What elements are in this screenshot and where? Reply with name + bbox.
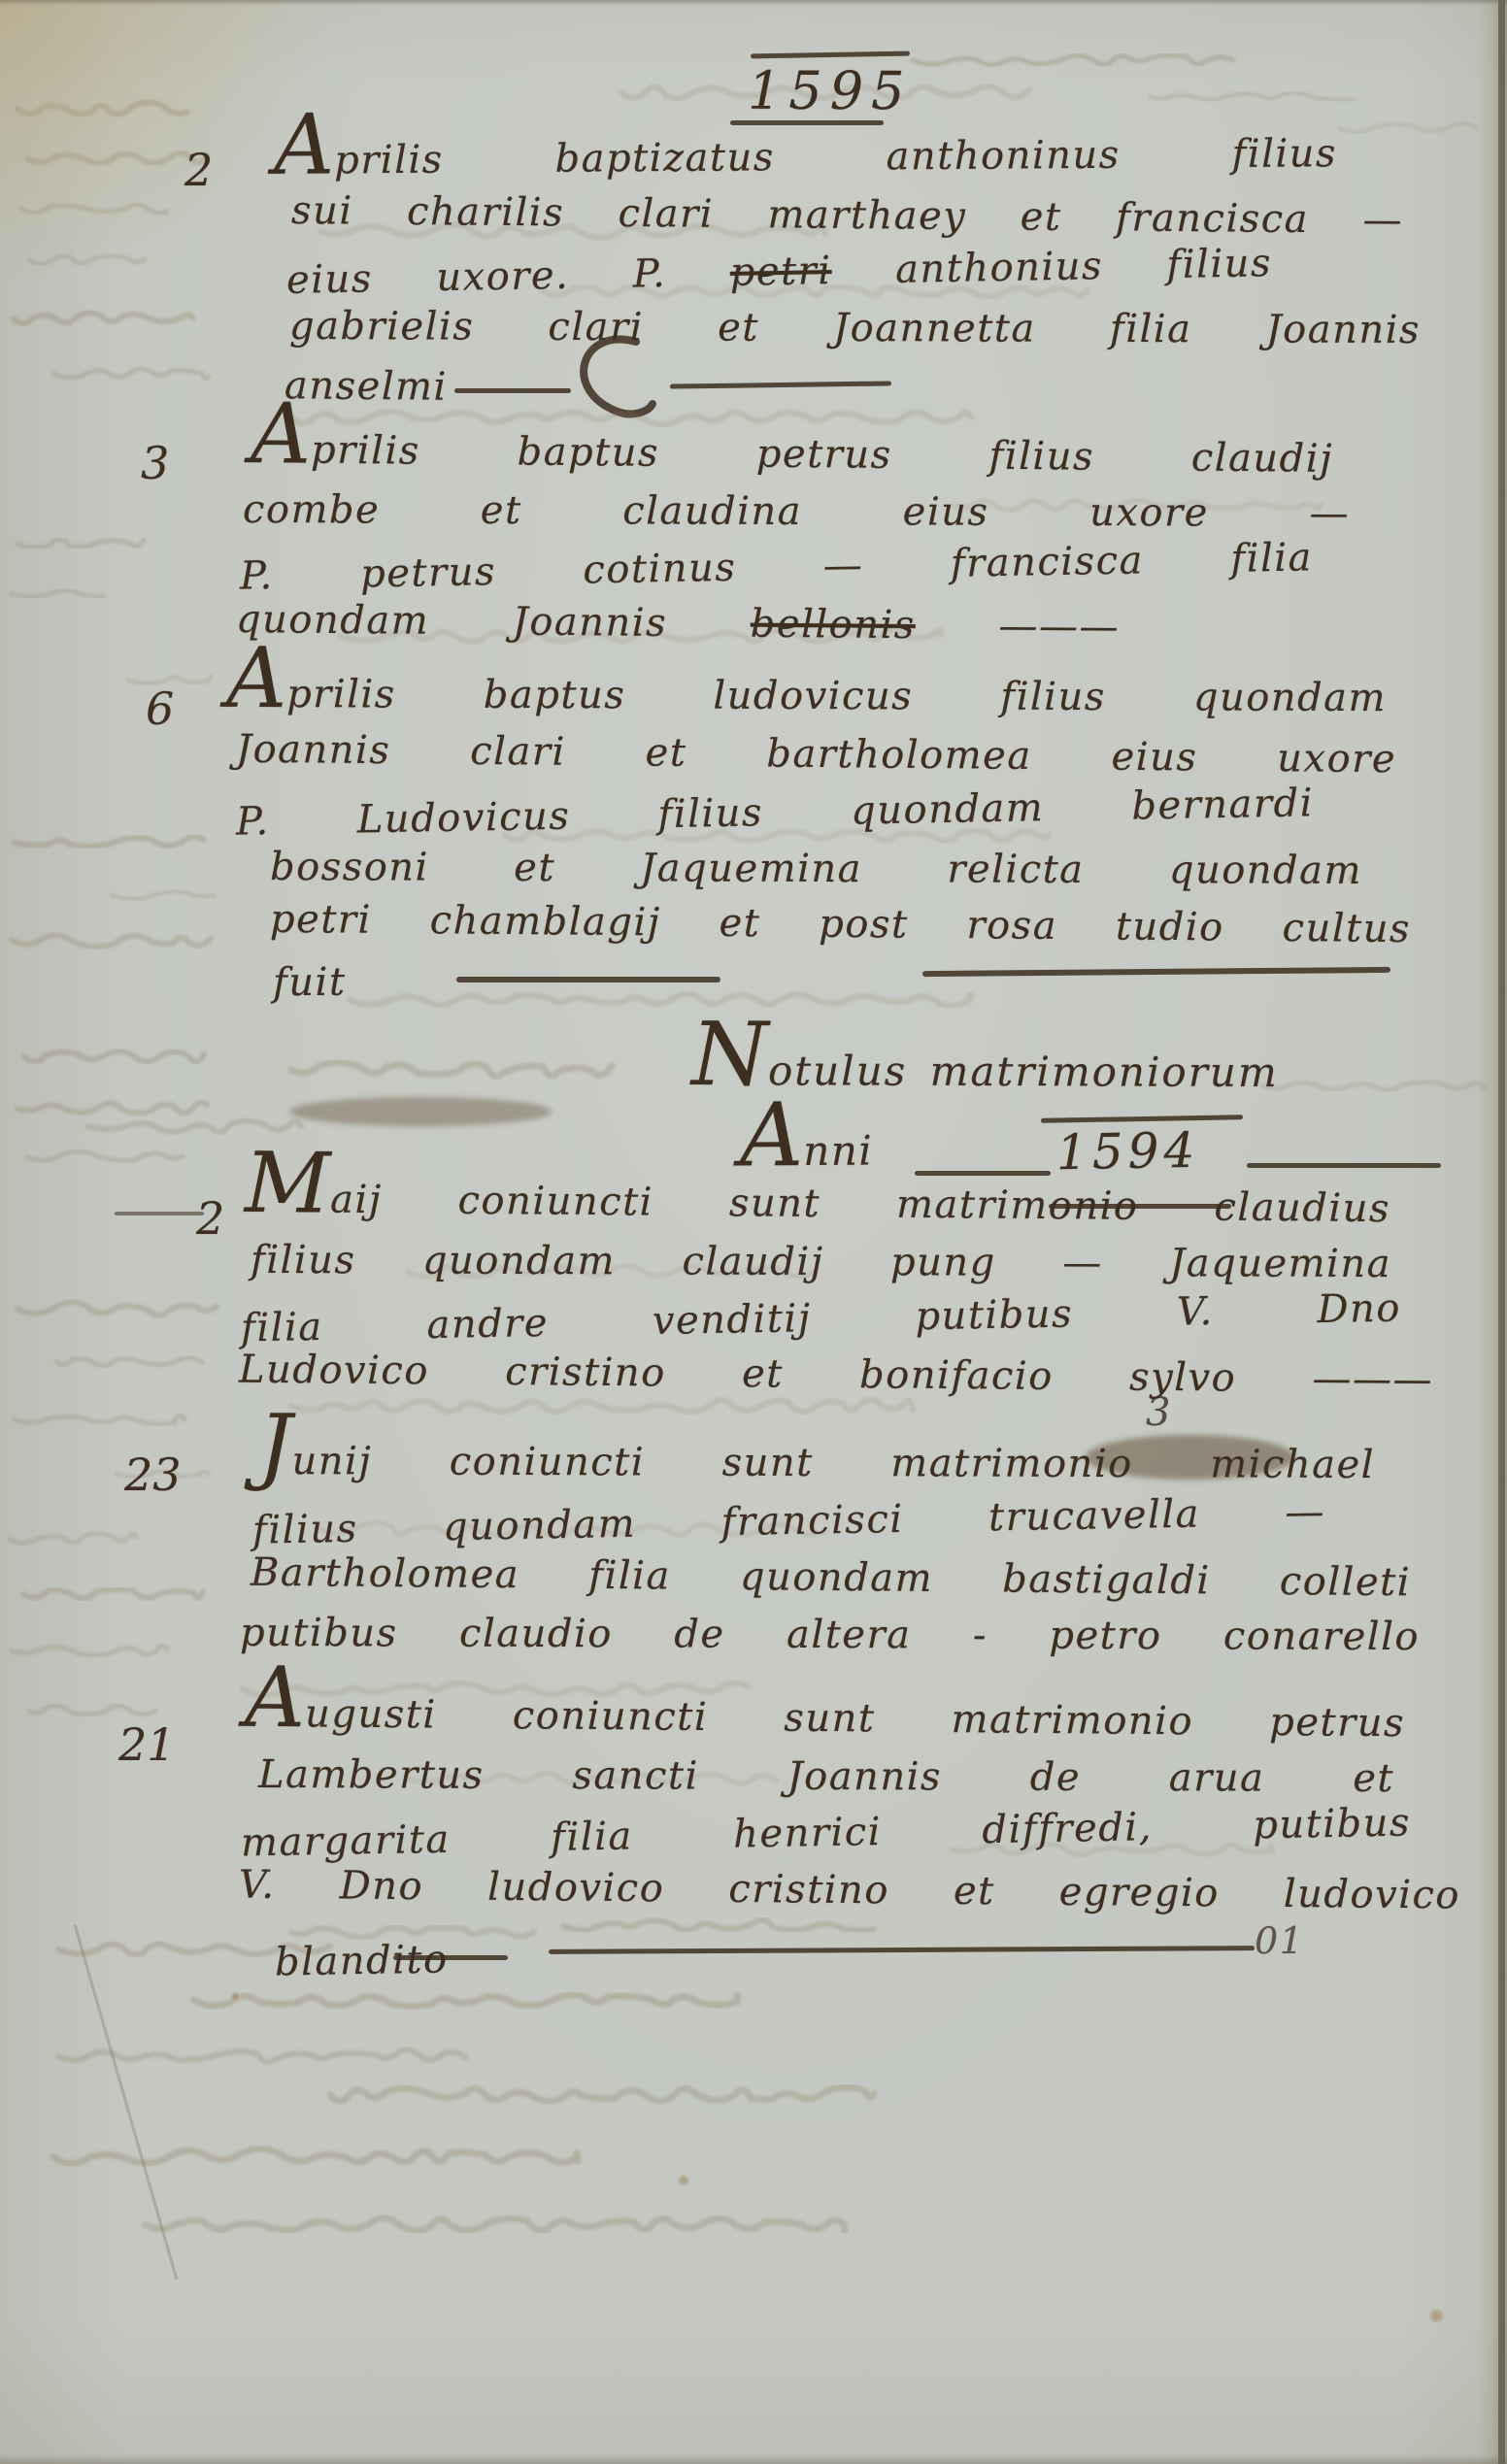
matrimony-anni-year: 1594 [1056,1123,1200,1181]
baptism-entry-2-line-2: combe et claudina eius uxore — [243,488,1350,536]
book-edge-line [1498,0,1505,2464]
baptism-entry-2-line-1: Aprilis baptus petrus filius claudij [251,428,1333,482]
struck-word: petri [729,249,832,295]
line-text: anthonius filius [831,241,1272,293]
bleedthrough-ink-layer [0,0,1507,2464]
line-text: ——— [916,603,1121,649]
baptism-entry-1-margin-number: 2 [184,144,213,196]
heading-underline [730,120,884,125]
line-text: eius uxore. P. [286,250,731,303]
baptism-entry-1-line-1: Aprilis baptizatus anthoninus filius [274,132,1337,183]
marriage-entry-1-line-2: filius quondam claudij pung — Jaquemina [251,1239,1391,1286]
foxing-spot [678,2175,689,2186]
anni-dash [915,1171,1051,1176]
ink-smudge [289,1097,552,1126]
margin-dash [115,1212,204,1215]
anni-dash [1247,1163,1441,1168]
paraph-flourish [584,340,653,415]
line-text: quondam Joannis [236,597,751,647]
baptism-entry-1-line-4: gabrielis clari et Joannetta filia Joann… [289,305,1421,352]
year-heading: 1595 [748,62,913,121]
matrimony-anni-label: Anni [740,1128,874,1175]
struck-word: bellonis [751,602,916,648]
marriage-entry-3-margin-number: 21 [118,1718,176,1771]
baptism-entry-3-line-1: Aprilis baptus ludovicus filius quondam [226,673,1387,720]
baptism-entry-3-margin-number: 6 [146,683,174,735]
bottom-right-number: 01 [1255,1920,1305,1962]
marriage-entry-2-line-1: Junij coniuncti sunt matrimonio michael [258,1440,1375,1487]
marriage-entry-2-margin-number: 23 [124,1448,182,1501]
entry-end-dash [393,1955,508,1960]
baptism-entry-2-line-4: quondam Joannis bellonis ——— [236,598,1120,649]
baptism-entry-2-margin-number: 3 [141,437,169,489]
marriage-entry-3-line-2: Lambertus sancti Joannis de arua et [258,1753,1394,1801]
foxing-spot [1429,2309,1444,2323]
manuscript-page: 1595 2 Aprilis baptizatus anthoninus fil… [0,0,1507,2464]
marriage-entry-2-line-4: putibus claudio de altera - petro conare… [240,1612,1420,1659]
entry-end-dash [456,977,720,982]
baptism-entry-3-line-4: bossoni et Jaquemina relicta quondam [270,846,1362,893]
entry-end-dash [454,388,571,393]
foxing-spot [231,1992,239,2000]
baptism-entry-3-line-6: fuit [273,961,347,1005]
marriage-entry-1-margin-number: 2 [196,1192,224,1245]
marginal-note-number: 3 [1146,1390,1170,1435]
marriage-entry-3-line-5: blandito [275,1938,449,1984]
